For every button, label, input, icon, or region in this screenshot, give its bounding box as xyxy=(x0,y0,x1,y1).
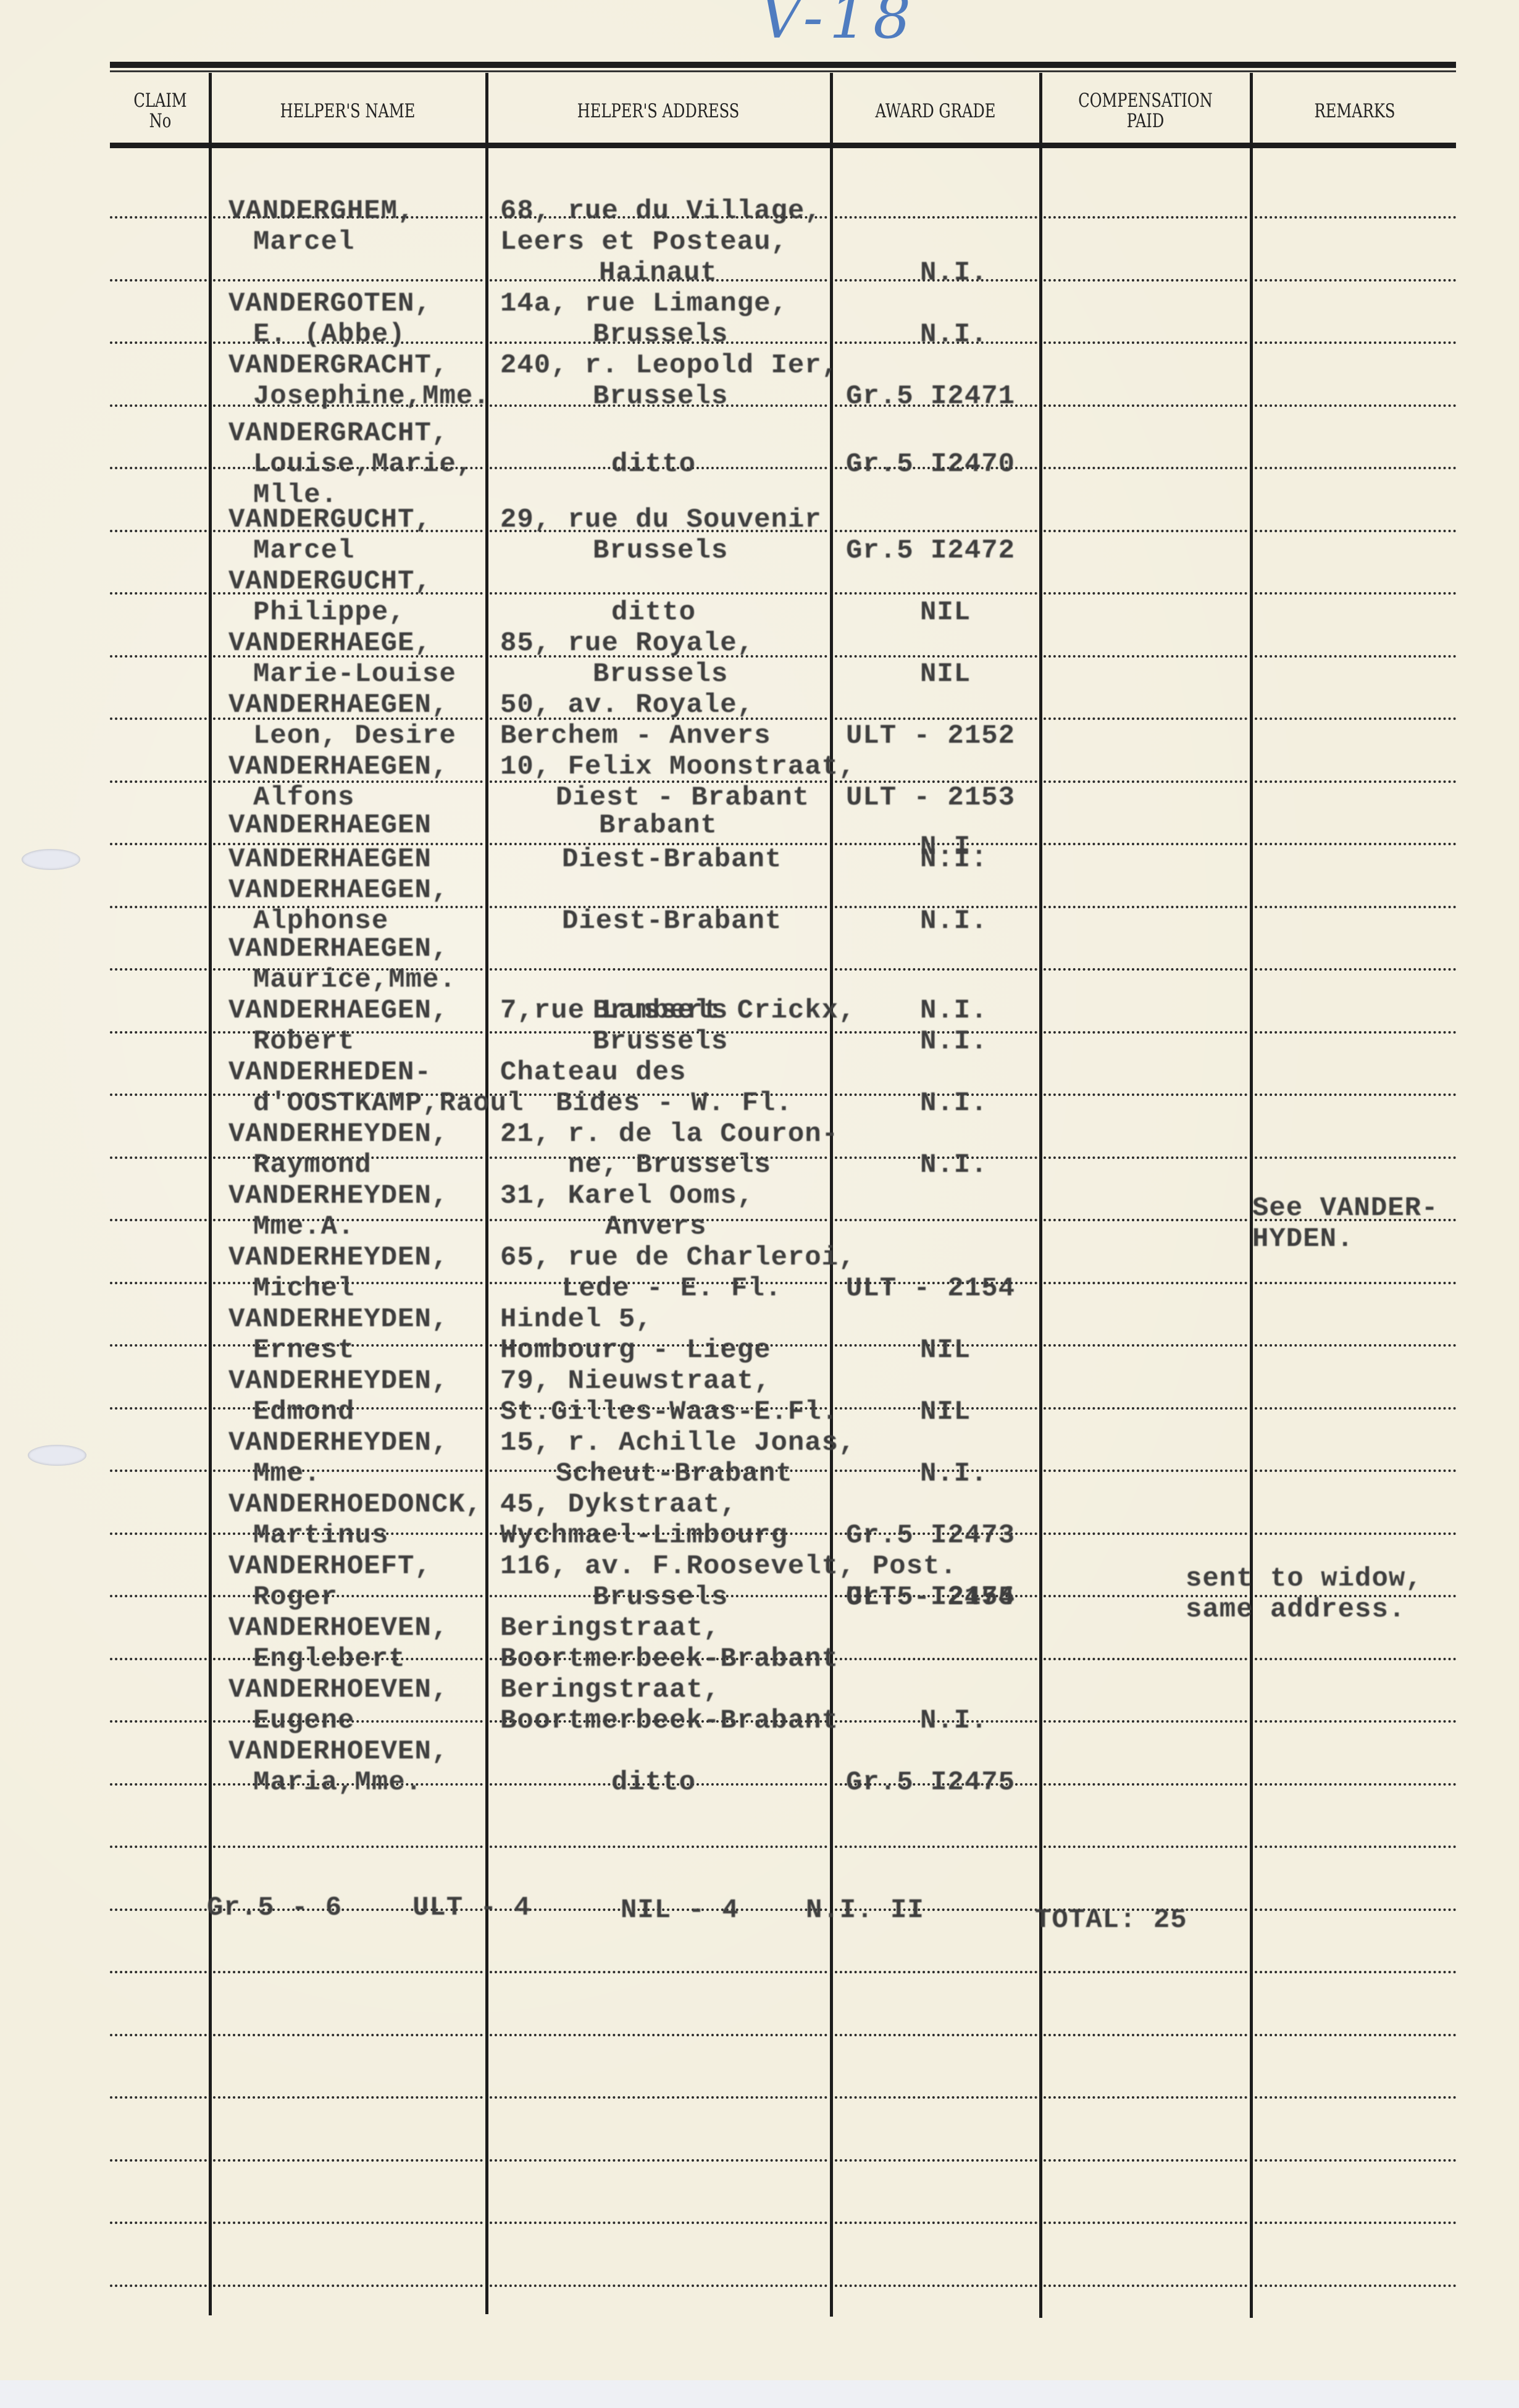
helper-address-line: 240, r. Leopold Ier, xyxy=(500,352,839,379)
helper-given-name: Robert xyxy=(253,1028,354,1055)
dotted-rule xyxy=(1255,2096,1456,2099)
dotted-rule xyxy=(1044,843,1247,845)
dotted-rule xyxy=(1044,530,1247,532)
dotted-rule xyxy=(1255,1031,1456,1034)
helper-address-line: ditto xyxy=(611,451,696,478)
helper-address-line: Beringstraat, xyxy=(500,1615,720,1642)
award-grade: N.I. xyxy=(920,997,988,1024)
dotted-rule xyxy=(1255,467,1456,469)
dotted-rule xyxy=(1255,2285,1456,2287)
dotted-rule xyxy=(110,1156,207,1159)
column-divider xyxy=(209,73,212,2315)
dotted-rule xyxy=(1044,1532,1247,1535)
dotted-rule xyxy=(1044,2285,1247,2287)
helper-surname: VANDERHAEGEN, xyxy=(228,997,448,1024)
award-grade: Gr.5 I2471 xyxy=(846,383,1015,410)
dotted-rule xyxy=(490,2285,827,2287)
helper-address-line: Hainaut xyxy=(599,259,718,286)
dotted-rule xyxy=(835,1219,1037,1221)
dotted-rule xyxy=(835,655,1037,658)
header-compensation-paid: COMPENSATION PAID xyxy=(1065,74,1226,148)
dotted-rule xyxy=(1255,1156,1456,1159)
dotted-rule xyxy=(110,1908,207,1911)
helper-address-line: Hindel 5, xyxy=(500,1306,653,1333)
dotted-rule xyxy=(1255,1908,1456,1911)
helper-address-line: 31, Karel Ooms, xyxy=(500,1182,754,1210)
dotted-rule xyxy=(490,592,827,595)
dotted-rule xyxy=(110,2285,207,2287)
dotted-rule xyxy=(1044,1658,1247,1660)
helper-address-line: Brussels xyxy=(593,537,728,564)
helper-surname: VANDERGRACHT, xyxy=(228,420,448,447)
award-grade: N.I. xyxy=(920,846,988,873)
dotted-rule xyxy=(835,592,1037,595)
remark-line: sent to widow, xyxy=(1186,1565,1423,1592)
helper-surname: VANDERHOEFT, xyxy=(228,1553,432,1580)
helper-address-line: Brussels xyxy=(593,1028,728,1055)
dotted-rule xyxy=(1255,279,1456,282)
helper-address-line: Chateau des xyxy=(500,1059,686,1086)
dotted-rule xyxy=(110,1093,207,1096)
dotted-rule xyxy=(110,1407,207,1410)
award-grade: N.I. xyxy=(920,1090,988,1117)
dotted-rule xyxy=(490,2096,827,2099)
dotted-rule xyxy=(1255,2159,1456,2162)
remark-line: HYDEN. xyxy=(1252,1226,1354,1253)
dotted-rule xyxy=(1255,717,1456,720)
summary-total: TOTAL: 25 xyxy=(1035,1907,1187,1934)
dotted-rule xyxy=(1255,1532,1456,1535)
helper-address-line: 65, rue de Charleroi, xyxy=(500,1244,856,1271)
dotted-rule xyxy=(1044,1156,1247,1159)
helper-given-name: Leon, Desire xyxy=(253,722,456,750)
award-grade: Gr.5 I2472 xyxy=(846,537,1015,564)
helper-given-name: Mme. xyxy=(253,1460,321,1487)
dotted-rule xyxy=(835,968,1037,971)
column-divider xyxy=(1039,73,1042,2318)
helper-surname: VANDERHEYDEN, xyxy=(228,1244,448,1271)
award-grade: ULT - 2153 xyxy=(846,784,1015,811)
dotted-rule xyxy=(110,780,207,783)
helper-given-name: Martinus xyxy=(253,1522,388,1549)
helper-address-line: Diest - Brabant xyxy=(556,784,810,811)
helper-given-name: Eugene xyxy=(253,1707,354,1734)
helper-surname: VANDERHEYDEN, xyxy=(228,1368,448,1395)
helper-address-line: 21, r. de la Couron- xyxy=(500,1121,839,1148)
helper-surname: VANDERHOEVEN, xyxy=(228,1615,448,1642)
helper-given-name: Maria,Mme. xyxy=(253,1769,422,1796)
helper-address-line: ditto xyxy=(611,1769,696,1796)
helper-address-line: Boortmerbeek-Brabant xyxy=(500,1707,839,1734)
dotted-rule xyxy=(1255,906,1456,908)
dotted-rule xyxy=(1044,1971,1247,1973)
award-grade: NIL xyxy=(920,661,971,688)
helper-given-name: Marcel xyxy=(253,537,354,564)
helper-surname: VANDERHAEGEN xyxy=(228,812,432,839)
helper-surname: VANDERHAEGEN, xyxy=(228,877,448,904)
dotted-rule xyxy=(110,968,207,971)
helper-given-name: Alphonse xyxy=(253,908,388,935)
dotted-rule xyxy=(490,968,827,971)
dotted-rule xyxy=(110,216,207,219)
helper-surname: VANDERHOEVEN, xyxy=(228,1738,448,1765)
header-remarks: REMARKS xyxy=(1275,74,1434,148)
helper-given-name: d'OOSTKAMP,Raoul xyxy=(253,1090,524,1117)
punch-hole xyxy=(28,1445,86,1466)
helper-address-line: 50, av. Royale, xyxy=(500,692,754,719)
handwritten-reference: V-18 xyxy=(759,0,917,52)
dotted-rule xyxy=(1044,216,1247,219)
helper-address-line: ditto xyxy=(611,599,696,626)
helper-surname: VANDERHEYDEN, xyxy=(228,1429,448,1457)
dotted-rule xyxy=(1255,1783,1456,1786)
summary-ult: ULT - 4 xyxy=(412,1894,531,1921)
dotted-rule xyxy=(1044,592,1247,595)
helper-surname: VANDERGHEM, xyxy=(228,198,414,225)
helper-given-name: Ernest xyxy=(253,1337,354,1364)
helper-surname: VANDERHAEGEN, xyxy=(228,935,448,963)
award-grade: N.I. xyxy=(920,908,988,935)
dotted-rule xyxy=(110,655,207,658)
helper-given-name: Englebert xyxy=(253,1645,406,1673)
helper-address-line: 10, Felix Moonstraat, xyxy=(500,753,856,780)
punch-hole xyxy=(22,849,80,870)
helper-surname: VANDERHEDEN- xyxy=(228,1059,432,1086)
helper-address-line: 116, av. F.Roosevelt, Post. xyxy=(500,1553,957,1580)
dotted-rule xyxy=(835,216,1037,219)
dotted-rule xyxy=(835,2159,1037,2162)
dotted-rule xyxy=(110,1031,207,1034)
dotted-rule xyxy=(1044,1093,1247,1096)
dotted-rule xyxy=(110,1282,207,1284)
dotted-rule xyxy=(835,2034,1037,2036)
dotted-rule xyxy=(1044,2222,1247,2224)
dotted-rule xyxy=(1044,655,1247,658)
award-grade: Gr.5 I2470 xyxy=(846,451,1015,478)
dotted-rule xyxy=(1255,655,1456,658)
dotted-rule xyxy=(1044,2034,1247,2036)
top-rule xyxy=(110,62,1456,68)
dotted-rule xyxy=(1255,1407,1456,1410)
dotted-rule xyxy=(490,2159,827,2162)
dotted-rule xyxy=(213,2222,483,2224)
award-grade: N.I. xyxy=(920,1707,988,1734)
dotted-rule xyxy=(110,2096,207,2099)
helper-address-line: Diest-Brabant xyxy=(562,908,782,935)
helper-given-name: Marie-Louise xyxy=(253,661,456,688)
header-claim-no: CLAIM No xyxy=(123,74,198,148)
award-grade: NIL xyxy=(920,1398,971,1426)
helper-address-line: 68, rue du Village, xyxy=(500,198,822,225)
helper-address-line: 14a, rue Limange, xyxy=(500,290,788,317)
dotted-rule xyxy=(1044,1344,1247,1347)
helper-given-name: Michel xyxy=(253,1275,354,1302)
dotted-rule xyxy=(110,1532,207,1535)
award-grade: N.I. xyxy=(920,321,988,348)
helper-address-line: Berchem - Anvers xyxy=(500,722,771,750)
award-grade: ULT - 2152 xyxy=(846,722,1015,750)
dotted-rule xyxy=(1255,968,1456,971)
summary-ni: N.I. II xyxy=(806,1897,924,1924)
dotted-rule xyxy=(835,2222,1037,2224)
dotted-rule xyxy=(213,2159,483,2162)
helper-surname: VANDERHEYDEN, xyxy=(228,1306,448,1333)
dotted-rule xyxy=(1044,1783,1247,1786)
dotted-rule xyxy=(1255,1720,1456,1723)
dotted-rule xyxy=(1255,2222,1456,2224)
dotted-rule xyxy=(110,467,207,469)
dotted-rule xyxy=(1255,341,1456,344)
dotted-rule xyxy=(1255,404,1456,407)
award-grade: N.I. xyxy=(920,1460,988,1487)
dotted-rule xyxy=(213,2096,483,2099)
dotted-rule xyxy=(835,530,1037,532)
helper-address-line: 85, rue Royale, xyxy=(500,630,754,657)
dotted-rule xyxy=(1044,404,1247,407)
dotted-rule xyxy=(1255,1469,1456,1472)
helper-surname: VANDERHAEGEN, xyxy=(228,692,448,719)
dotted-rule xyxy=(1044,341,1247,344)
helper-surname: VANDERHEYDEN, xyxy=(228,1121,448,1148)
dotted-rule xyxy=(110,530,207,532)
award-grade: N.I. xyxy=(920,1152,988,1179)
award-grade: Gr.5 I2473 xyxy=(846,1522,1015,1549)
dotted-rule xyxy=(110,2034,207,2036)
helper-surname: VANDERHOEVEN, xyxy=(228,1676,448,1704)
helper-address-line: 7,rue Lambert Crickx, xyxy=(500,997,856,1024)
summary-gr5: Gr.5 - 6 xyxy=(207,1894,342,1921)
dotted-rule xyxy=(1044,1407,1247,1410)
dotted-rule xyxy=(110,1595,207,1597)
dotted-rule xyxy=(213,1971,483,1973)
award-grade: ULT - 2155 xyxy=(846,1584,1015,1611)
dotted-rule xyxy=(835,717,1037,720)
dotted-rule xyxy=(1255,1658,1456,1660)
dotted-rule xyxy=(1044,780,1247,783)
dotted-rule xyxy=(1044,1031,1247,1034)
award-grade: NIL xyxy=(920,1337,971,1364)
helper-surname: VANDERHEYDEN, xyxy=(228,1182,448,1210)
dotted-rule xyxy=(835,2285,1037,2287)
helper-surname: VANDERHAEGE, xyxy=(228,630,432,657)
helper-address-line: Brussels xyxy=(593,383,728,410)
helper-address-line: Brussels xyxy=(593,661,728,688)
dotted-rule xyxy=(213,2034,483,2036)
dotted-rule xyxy=(213,2285,483,2287)
dotted-rule xyxy=(110,1783,207,1786)
helper-surname: VANDERGOTEN, xyxy=(228,290,432,317)
helper-surname: VANDERGUCHT, xyxy=(228,568,432,595)
dotted-rule xyxy=(110,1971,207,1973)
dotted-rule xyxy=(490,1846,827,1848)
header-award-grade: AWARD GRADE xyxy=(856,74,1016,148)
dotted-rule xyxy=(110,717,207,720)
dotted-rule xyxy=(110,1469,207,1472)
helper-surname: VANDERGUCHT, xyxy=(228,506,432,533)
dotted-rule xyxy=(490,1971,827,1973)
helper-address-line: Leers et Posteau, xyxy=(500,228,788,256)
dotted-rule xyxy=(1255,1282,1456,1284)
dotted-rule xyxy=(1255,592,1456,595)
helper-address-line: Scheut-Brabant xyxy=(556,1460,793,1487)
dotted-rule xyxy=(1255,530,1456,532)
helper-address-line: 45, Dykstraat, xyxy=(500,1491,737,1518)
helper-address-line: Beringstraat, xyxy=(500,1676,720,1704)
dotted-rule xyxy=(110,1344,207,1347)
helper-address-line: Brussels xyxy=(593,321,728,348)
award-grade: NIL xyxy=(920,599,971,626)
award-grade: ULT - 2154 xyxy=(846,1275,1015,1302)
dotted-rule xyxy=(110,404,207,407)
dotted-rule xyxy=(1255,1093,1456,1096)
dotted-rule xyxy=(835,2096,1037,2099)
dotted-rule xyxy=(1044,1469,1247,1472)
dotted-rule xyxy=(110,1846,207,1848)
dotted-rule xyxy=(1044,968,1247,971)
helper-address-line: Wychmael-Limbourg xyxy=(500,1522,788,1549)
helper-given-name: Alfons xyxy=(253,784,354,811)
helper-given-name: Mme.A. xyxy=(253,1213,354,1240)
helper-given-name: Roger xyxy=(253,1584,338,1611)
dotted-rule xyxy=(110,341,207,344)
dotted-rule xyxy=(1044,717,1247,720)
helper-given-name: Maurice,Mme. xyxy=(253,966,456,993)
dotted-rule xyxy=(110,843,207,845)
dotted-rule xyxy=(835,1658,1037,1660)
form-sheet: V-18 CLAIM No HELPER'S NAME HELPER'S ADD… xyxy=(0,0,1519,2380)
helper-address-line: Diest-Brabant xyxy=(562,846,782,873)
helper-address-line: Boortmerbeek-Brabant xyxy=(500,1645,839,1673)
column-divider xyxy=(830,73,833,2317)
helper-surname: VANDERHAEGEN, xyxy=(228,753,448,780)
helper-given-name: Raymond xyxy=(253,1152,372,1179)
helper-surname: VANDERHAEGEN xyxy=(228,846,432,873)
award-grade: N.I. xyxy=(920,259,988,286)
dotted-rule xyxy=(1044,1720,1247,1723)
dotted-rule xyxy=(1044,2096,1247,2099)
helper-address-line: Brabant xyxy=(599,812,718,839)
dotted-rule xyxy=(1044,2159,1247,2162)
header-helper-name: HELPER'S NAME xyxy=(241,74,453,148)
top-thin-rule xyxy=(110,70,1456,72)
helper-given-name: Edmond xyxy=(253,1398,354,1426)
dotted-rule xyxy=(835,1846,1037,1848)
summary-nil: NIL - 4 xyxy=(621,1897,739,1924)
dotted-rule xyxy=(1255,2034,1456,2036)
helper-address-line: 15, r. Achille Jonas, xyxy=(500,1429,856,1457)
dotted-rule xyxy=(213,279,483,282)
helper-surname: VANDERGRACHT, xyxy=(228,352,448,379)
helper-address-line: Anvers xyxy=(605,1213,706,1240)
dotted-rule xyxy=(110,2159,207,2162)
dotted-rule xyxy=(110,592,207,595)
dotted-rule xyxy=(110,2222,207,2224)
helper-address-line: St.Gilles-Waas-E.Fl. xyxy=(500,1398,839,1426)
helper-address-line: Brussels xyxy=(593,1584,728,1611)
remark-line: same address. xyxy=(1186,1596,1405,1623)
helper-given-name: Philippe, xyxy=(253,599,406,626)
helper-given-name: E. (Abbe) xyxy=(253,321,406,348)
helper-address-line: 29, rue du Souvenir xyxy=(500,506,822,533)
award-grade: Gr.5 I2475 xyxy=(846,1769,1015,1796)
header-helper-address: HELPER'S ADDRESS xyxy=(526,74,791,148)
helper-given-name: Josephine,Mme. xyxy=(253,383,490,410)
dotted-rule xyxy=(1044,906,1247,908)
dotted-rule xyxy=(110,906,207,908)
helper-surname: VANDERHOEDONCK, xyxy=(228,1491,482,1518)
dotted-rule xyxy=(1044,279,1247,282)
helper-address-line: Bides - W. Fl. xyxy=(556,1090,793,1117)
helper-address-line: Lede - E. Fl. xyxy=(562,1275,782,1302)
dotted-rule xyxy=(1044,1846,1247,1848)
dotted-rule xyxy=(1044,1282,1247,1284)
remark-line: See VANDER- xyxy=(1252,1195,1438,1222)
dotted-rule xyxy=(490,2222,827,2224)
award-grade: N.I. xyxy=(920,1028,988,1055)
dotted-rule xyxy=(1255,780,1456,783)
helper-given-name: Marcel xyxy=(253,228,354,256)
dotted-rule xyxy=(110,1658,207,1660)
dotted-rule xyxy=(110,1720,207,1723)
helper-address-line: 79, Nieuwstraat, xyxy=(500,1368,771,1395)
dotted-rule xyxy=(490,2034,827,2036)
dotted-rule xyxy=(1255,1971,1456,1973)
dotted-rule xyxy=(1044,467,1247,469)
dotted-rule xyxy=(1255,1344,1456,1347)
dotted-rule xyxy=(1255,1846,1456,1848)
dotted-rule xyxy=(1255,843,1456,845)
dotted-rule xyxy=(110,1219,207,1221)
helper-address-line: Hombourg - Liege xyxy=(500,1337,771,1364)
dotted-rule xyxy=(1255,216,1456,219)
dotted-rule xyxy=(1044,1219,1247,1221)
dotted-rule xyxy=(835,1971,1037,1973)
dotted-rule xyxy=(110,279,207,282)
dotted-rule xyxy=(213,1846,483,1848)
helper-given-name: Louise,Marie, xyxy=(253,451,473,478)
helper-address-line: ne, Brussels xyxy=(568,1152,771,1179)
